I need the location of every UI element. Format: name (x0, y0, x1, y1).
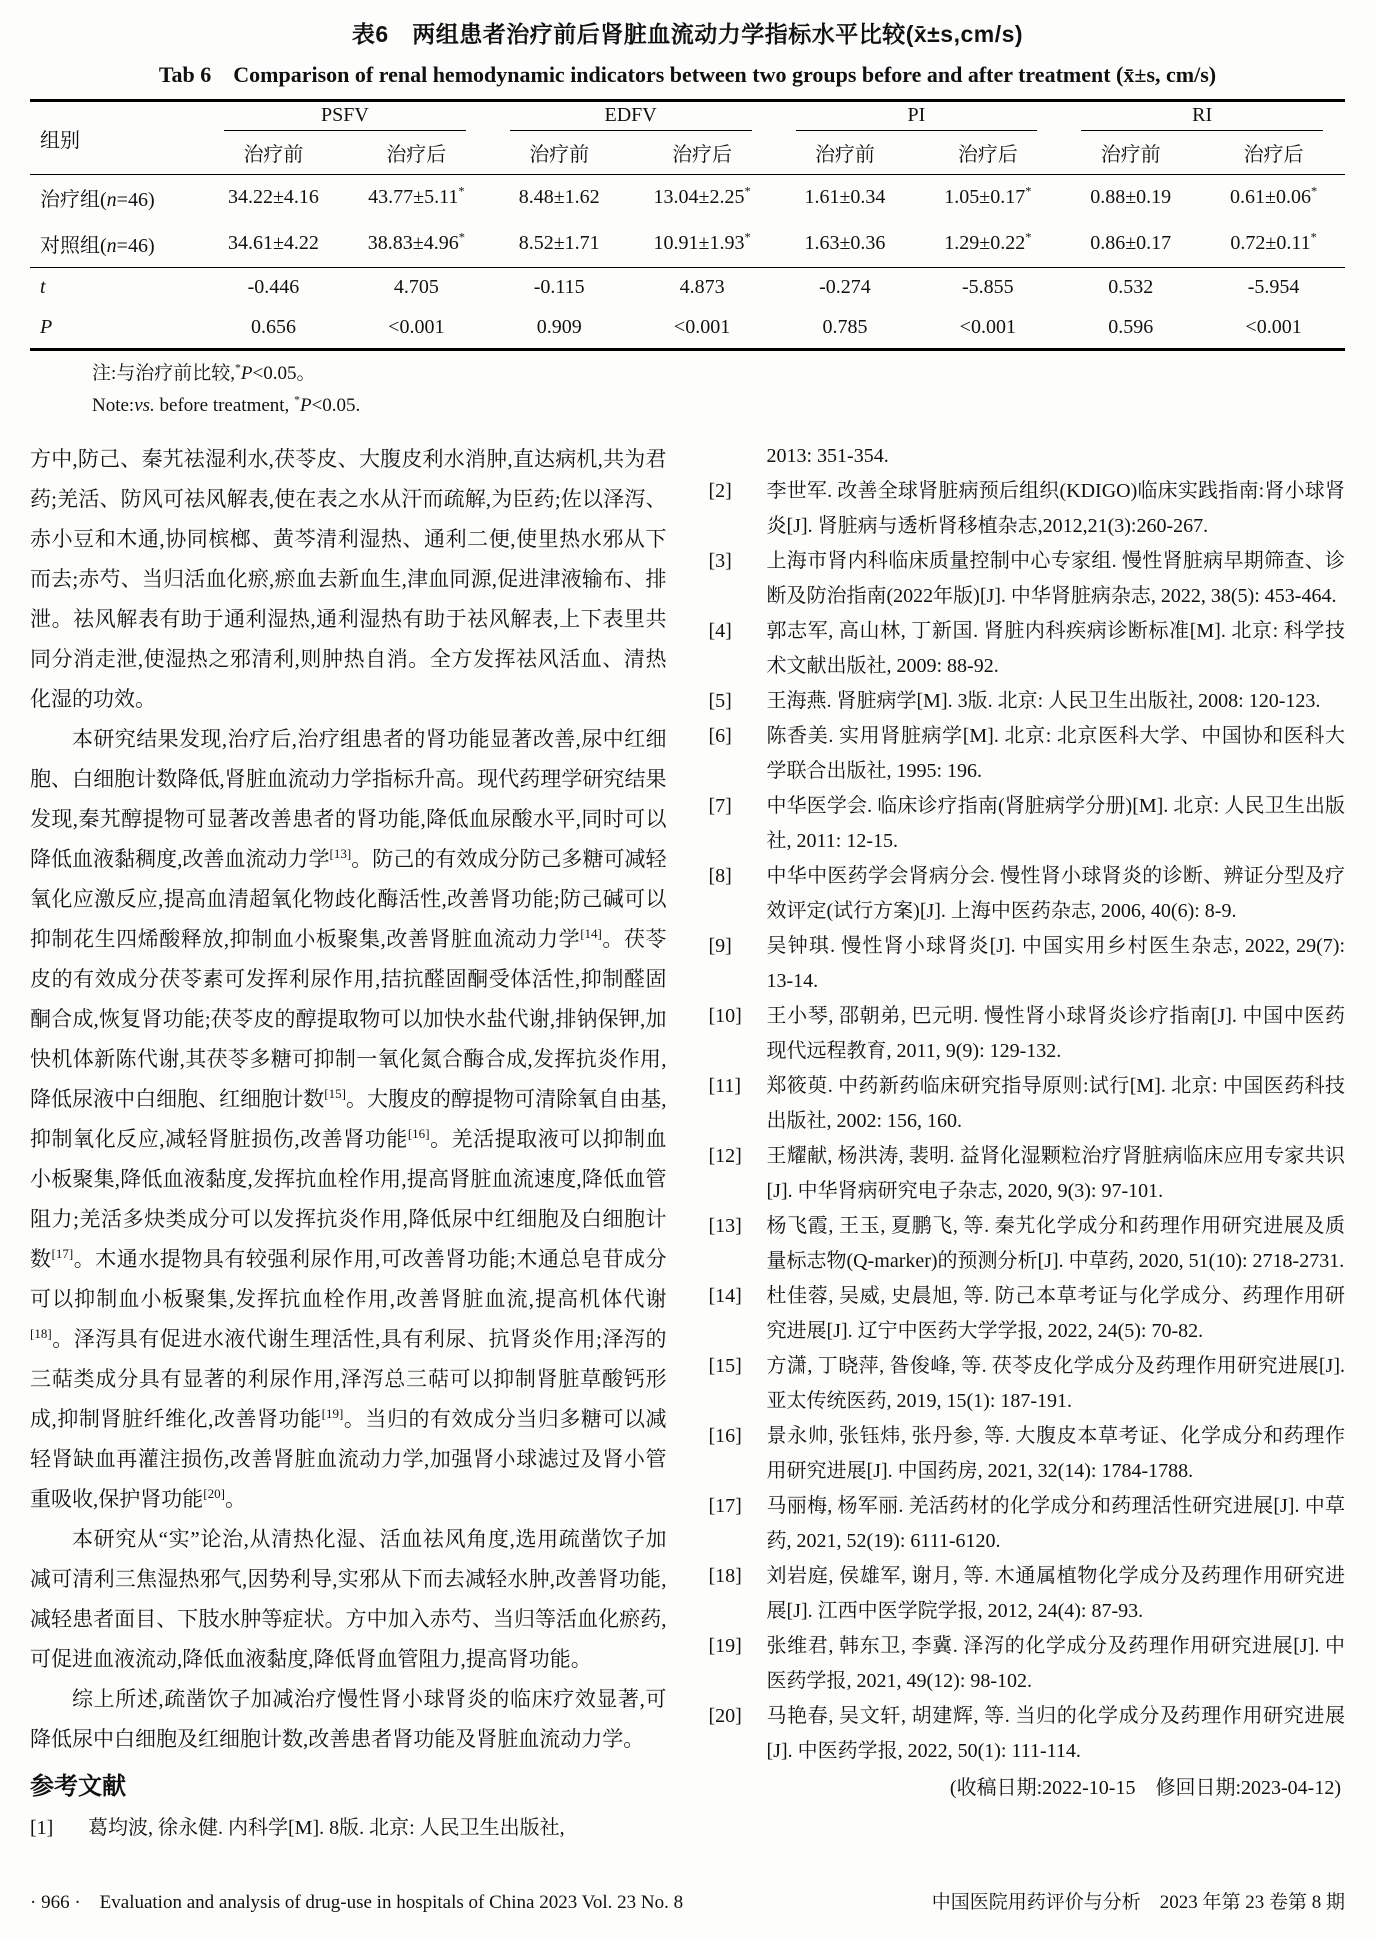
reference-number: [4] (709, 614, 767, 684)
reference-number: [6] (709, 719, 767, 789)
reference-item: [15]方潇, 丁晓萍, 昝俊峰, 等. 茯苓皮化学成分及药理作用研究进展[J]… (709, 1349, 1346, 1419)
reference-item: [3]上海市肾内科临床质量控制中心专家组. 慢性肾脏病早期筛查、诊断及防治指南(… (709, 544, 1346, 614)
table-cell: 8.48±1.62 (488, 175, 631, 222)
table-cell: 0.61±0.06* (1202, 175, 1345, 222)
left-column: 方中,防己、秦艽祛湿利水,茯苓皮、大腹皮利水消肿,直达病机,共为君药;羌活、防风… (30, 439, 667, 1846)
reference-text: 方潇, 丁晓萍, 昝俊峰, 等. 茯苓皮化学成分及药理作用研究进展[J]. 亚太… (767, 1349, 1346, 1419)
table-cell: 0.656 (202, 308, 345, 350)
table-cell: 1.05±0.17* (916, 175, 1059, 222)
reference-text: 葛均波, 徐永健. 内科学[M]. 8版. 北京: 人民卫生出版社, (88, 1811, 667, 1846)
group-column-header: 组别 (30, 101, 202, 175)
reference-text: 吴钟琪. 慢性肾小球肾炎[J]. 中国实用乡村医生杂志, 2022, 29(7)… (767, 929, 1346, 999)
table-row: P0.656<0.0010.909<0.0010.785<0.0010.596<… (30, 308, 1345, 350)
table-note-en: Note:vs. before treatment, *P<0.05. (92, 395, 1345, 417)
reference-item: [18]刘岩庭, 侯雄军, 谢月, 等. 木通属植物化学成分及药理作用研究进展[… (709, 1559, 1346, 1629)
indicator-group-header: RI (1059, 101, 1345, 134)
indicator-group-header: EDFV (488, 101, 774, 134)
reference-number: [15] (709, 1349, 767, 1419)
reference-item: 2013: 351-354. (709, 439, 1346, 474)
reference-number: [10] (709, 999, 767, 1069)
table-cell: 13.04±2.25* (631, 175, 774, 222)
reference-text: 马艳春, 吴文轩, 胡建辉, 等. 当归的化学成分及药理作用研究进展[J]. 中… (767, 1699, 1346, 1769)
reference-item: [11]郑筱萸. 中药新药临床研究指导原则:试行[M]. 北京: 中国医药科技出… (709, 1069, 1346, 1139)
table-row: 治疗组(n=46)34.22±4.1643.77±5.11*8.48±1.621… (30, 175, 1345, 222)
body-paragraph: 本研究结果发现,治疗后,治疗组患者的肾功能显著改善,尿中红细胞、白细胞计数降低,… (30, 719, 667, 1519)
table-cell: -0.274 (774, 268, 917, 309)
table-cell: 4.873 (631, 268, 774, 309)
timepoint-header: 治疗前 (774, 133, 917, 175)
reference-text: 杨飞霞, 王玉, 夏鹏飞, 等. 秦艽化学成分和药理作用研究进展及质量标志物(Q… (767, 1209, 1346, 1279)
row-label: P (30, 308, 202, 350)
table-cell: 0.909 (488, 308, 631, 350)
reference-text: 中华中医药学会肾病分会. 慢性肾小球肾炎的诊断、辨证分型及疗效评定(试行方案)[… (767, 859, 1346, 929)
table-row: 对照组(n=46)34.61±4.2238.83±4.96*8.52±1.711… (30, 221, 1345, 268)
reference-text: 上海市肾内科临床质量控制中心专家组. 慢性肾脏病早期筛查、诊断及防治指南(202… (767, 544, 1346, 614)
reference-item: [10]王小琴, 邵朝弟, 巴元明. 慢性肾小球肾炎诊疗指南[J]. 中国中医药… (709, 999, 1346, 1069)
table-note-zh: 注:与治疗前比较,*P<0.05。 (92, 358, 1345, 385)
reference-item: [14]杜佳蓉, 吴威, 史晨旭, 等. 防己本草考证与化学成分、药理作用研究进… (709, 1279, 1346, 1349)
reference-number: [19] (709, 1629, 767, 1699)
reference-text: 2013: 351-354. (767, 439, 1346, 474)
reference-item: [16]景永帅, 张钰炜, 张丹参, 等. 大腹皮本草考证、化学成分和药理作用研… (709, 1419, 1346, 1489)
table-cell: 0.596 (1059, 308, 1202, 350)
table-cell: 43.77±5.11* (345, 175, 488, 222)
table-cell: 34.61±4.22 (202, 221, 345, 268)
reference-text: 张维君, 韩东卫, 李冀. 泽泻的化学成分及药理作用研究进展[J]. 中医药学报… (767, 1629, 1346, 1699)
reference-item: [1]葛均波, 徐永健. 内科学[M]. 8版. 北京: 人民卫生出版社, (30, 1811, 667, 1846)
table-cell: 0.88±0.19 (1059, 175, 1202, 222)
reference-text: 郑筱萸. 中药新药临床研究指导原则:试行[M]. 北京: 中国医药科技出版社, … (767, 1069, 1346, 1139)
body-paragraphs: 方中,防己、秦艽祛湿利水,茯苓皮、大腹皮利水消肿,直达病机,共为君药;羌活、防风… (30, 439, 667, 1759)
reference-item: [12]王耀献, 杨洪涛, 裴明. 益肾化湿颗粒治疗肾脏病临床应用专家共识[J]… (709, 1139, 1346, 1209)
table-cell: 4.705 (345, 268, 488, 309)
timepoint-header: 治疗后 (1202, 133, 1345, 175)
table-cell: 34.22±4.16 (202, 175, 345, 222)
reference-text: 杜佳蓉, 吴威, 史晨旭, 等. 防己本草考证与化学成分、药理作用研究进展[J]… (767, 1279, 1346, 1349)
receipt-dates: (收稿日期:2022-10-15 修回日期:2023-04-12) (709, 1769, 1346, 1807)
table-cell: 1.61±0.34 (774, 175, 917, 222)
reference-item: [6]陈香美. 实用肾脏病学[M]. 北京: 北京医科大学、中国协和医科大学联合… (709, 719, 1346, 789)
references-heading: 参考文献 (30, 1769, 667, 1805)
reference-number: [5] (709, 684, 767, 719)
timepoint-header: 治疗前 (1059, 133, 1202, 175)
reference-text: 马丽梅, 杨军丽. 羌活药材的化学成分和药理活性研究进展[J]. 中草药, 20… (767, 1489, 1346, 1559)
right-column: 2013: 351-354.[2]李世军. 改善全球肾脏病预后组织(KDIGO)… (709, 439, 1346, 1846)
table-title-en: Tab 6 Comparison of renal hemodynamic in… (30, 58, 1345, 89)
page-footer: · 966 · Evaluation and analysis of drug-… (30, 1887, 1345, 1914)
reference-number: [7] (709, 789, 767, 859)
references-right: 2013: 351-354.[2]李世军. 改善全球肾脏病预后组织(KDIGO)… (709, 439, 1346, 1769)
reference-item: [8]中华中医药学会肾病分会. 慢性肾小球肾炎的诊断、辨证分型及疗效评定(试行方… (709, 859, 1346, 929)
reference-text: 中华医学会. 临床诊疗指南(肾脏病学分册)[M]. 北京: 人民卫生出版社, 2… (767, 789, 1346, 859)
two-column-body: 方中,防己、秦艽祛湿利水,茯苓皮、大腹皮利水消肿,直达病机,共为君药;羌活、防风… (30, 439, 1345, 1846)
footer-right: 中国医院用药评价与分析 2023 年第 23 卷第 8 期 (932, 1887, 1345, 1914)
hemodynamics-table: 组别PSFVEDFVPIRI治疗前治疗后治疗前治疗后治疗前治疗后治疗前治疗后 治… (30, 99, 1345, 351)
table-cell: <0.001 (916, 308, 1059, 350)
reference-text: 刘岩庭, 侯雄军, 谢月, 等. 木通属植物化学成分及药理作用研究进展[J]. … (767, 1559, 1346, 1629)
table-cell: 10.91±1.93* (631, 221, 774, 268)
table-body: 治疗组(n=46)34.22±4.1643.77±5.11*8.48±1.621… (30, 175, 1345, 350)
reference-item: [17]马丽梅, 杨军丽. 羌活药材的化学成分和药理活性研究进展[J]. 中草药… (709, 1489, 1346, 1559)
table-cell: 8.52±1.71 (488, 221, 631, 268)
table-head: 组别PSFVEDFVPIRI治疗前治疗后治疗前治疗后治疗前治疗后治疗前治疗后 (30, 101, 1345, 175)
reference-item: [19]张维君, 韩东卫, 李冀. 泽泻的化学成分及药理作用研究进展[J]. 中… (709, 1629, 1346, 1699)
timepoint-header: 治疗前 (202, 133, 345, 175)
footer-left: · 966 · Evaluation and analysis of drug-… (30, 1887, 683, 1914)
reference-number: [8] (709, 859, 767, 929)
reference-text: 郭志军, 高山林, 丁新国. 肾脏内科疾病诊断标准[M]. 北京: 科学技术文献… (767, 614, 1346, 684)
reference-number: [9] (709, 929, 767, 999)
reference-item: [7]中华医学会. 临床诊疗指南(肾脏病学分册)[M]. 北京: 人民卫生出版社… (709, 789, 1346, 859)
reference-number: [20] (709, 1699, 767, 1769)
indicator-group-header: PSFV (202, 101, 488, 134)
timepoint-header: 治疗后 (345, 133, 488, 175)
table-title-zh: 表6 两组患者治疗前后肾脏血流动力学指标水平比较(x̄±s,cm/s) (30, 16, 1345, 49)
reference-text: 景永帅, 张钰炜, 张丹参, 等. 大腹皮本草考证、化学成分和药理作用研究进展[… (767, 1419, 1346, 1489)
reference-number: [17] (709, 1489, 767, 1559)
reference-number: [1] (30, 1811, 88, 1846)
reference-number: [11] (709, 1069, 767, 1139)
reference-item: [9]吴钟琪. 慢性肾小球肾炎[J]. 中国实用乡村医生杂志, 2022, 29… (709, 929, 1346, 999)
references-left: [1]葛均波, 徐永健. 内科学[M]. 8版. 北京: 人民卫生出版社, (30, 1811, 667, 1846)
reference-item: [4]郭志军, 高山林, 丁新国. 肾脏内科疾病诊断标准[M]. 北京: 科学技… (709, 614, 1346, 684)
table-cell: 0.86±0.17 (1059, 221, 1202, 268)
reference-number: [13] (709, 1209, 767, 1279)
reference-text: 王小琴, 邵朝弟, 巴元明. 慢性肾小球肾炎诊疗指南[J]. 中国中医药现代远程… (767, 999, 1346, 1069)
reference-item: [5]王海燕. 肾脏病学[M]. 3版. 北京: 人民卫生出版社, 2008: … (709, 684, 1346, 719)
row-label: t (30, 268, 202, 309)
reference-item: [13]杨飞霞, 王玉, 夏鹏飞, 等. 秦艽化学成分和药理作用研究进展及质量标… (709, 1209, 1346, 1279)
timepoint-header: 治疗后 (916, 133, 1059, 175)
reference-number: [18] (709, 1559, 767, 1629)
table-cell: <0.001 (1202, 308, 1345, 350)
timepoint-header: 治疗前 (488, 133, 631, 175)
reference-text: 王耀献, 杨洪涛, 裴明. 益肾化湿颗粒治疗肾脏病临床应用专家共识[J]. 中华… (767, 1139, 1346, 1209)
table-cell: 1.29±0.22* (916, 221, 1059, 268)
journal-page: 表6 两组患者治疗前后肾脏血流动力学指标水平比较(x̄±s,cm/s) Tab … (0, 0, 1375, 1940)
reference-number: [14] (709, 1279, 767, 1349)
table-cell: 0.785 (774, 308, 917, 350)
table-cell: 1.63±0.36 (774, 221, 917, 268)
table-cell: 0.532 (1059, 268, 1202, 309)
row-label: 治疗组(n=46) (30, 175, 202, 222)
reference-number: [12] (709, 1139, 767, 1209)
timepoint-header: 治疗后 (631, 133, 774, 175)
body-paragraph: 本研究从“实”论治,从清热化湿、活血祛风角度,选用疏凿饮子加减可清利三焦湿热邪气… (30, 1519, 667, 1679)
reference-text: 王海燕. 肾脏病学[M]. 3版. 北京: 人民卫生出版社, 2008: 120… (767, 684, 1346, 719)
row-label: 对照组(n=46) (30, 221, 202, 268)
indicator-group-header: PI (774, 101, 1060, 134)
reference-item: [20]马艳春, 吴文轩, 胡建辉, 等. 当归的化学成分及药理作用研究进展[J… (709, 1699, 1346, 1769)
table-cell: -0.115 (488, 268, 631, 309)
table-cell: -5.855 (916, 268, 1059, 309)
table-cell: -0.446 (202, 268, 345, 309)
reference-number: [3] (709, 544, 767, 614)
table-cell: <0.001 (345, 308, 488, 350)
reference-number: [2] (709, 474, 767, 544)
table-cell: -5.954 (1202, 268, 1345, 309)
reference-item: [2]李世军. 改善全球肾脏病预后组织(KDIGO)临床实践指南:肾小球肾炎[J… (709, 474, 1346, 544)
table-cell: 38.83±4.96* (345, 221, 488, 268)
reference-text: 陈香美. 实用肾脏病学[M]. 北京: 北京医科大学、中国协和医科大学联合出版社… (767, 719, 1346, 789)
table-cell: <0.001 (631, 308, 774, 350)
reference-text: 李世军. 改善全球肾脏病预后组织(KDIGO)临床实践指南:肾小球肾炎[J]. … (767, 474, 1346, 544)
body-paragraph: 综上所述,疏凿饮子加减治疗慢性肾小球肾炎的临床疗效显著,可降低尿中白细胞及红细胞… (30, 1679, 667, 1759)
reference-number (709, 439, 767, 474)
body-paragraph: 方中,防己、秦艽祛湿利水,茯苓皮、大腹皮利水消肿,直达病机,共为君药;羌活、防风… (30, 439, 667, 719)
table-row: t-0.4464.705-0.1154.873-0.274-5.8550.532… (30, 268, 1345, 309)
reference-number: [16] (709, 1419, 767, 1489)
table-cell: 0.72±0.11* (1202, 221, 1345, 268)
